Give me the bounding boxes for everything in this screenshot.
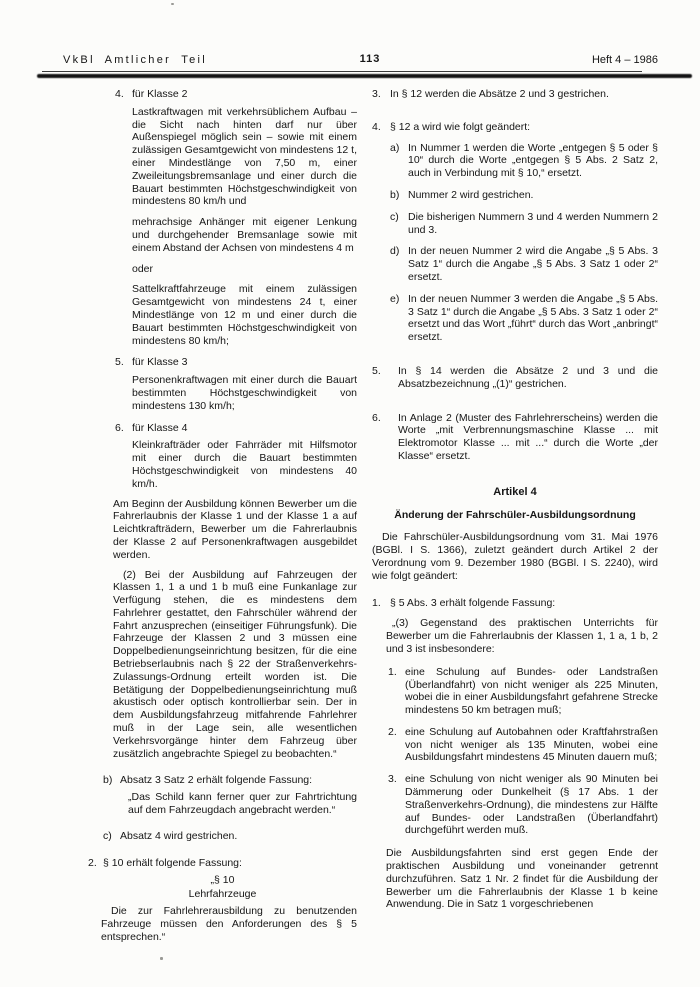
scan-speck <box>160 957 163 960</box>
list-item-letter: a) <box>390 142 408 180</box>
list-item-text: § 10 erhält folgende Fassung: <box>103 857 357 870</box>
list-item-text: eine Schulung auf Bundes- oder Landstraß… <box>405 666 658 717</box>
list-item-klasse3: 5. für Klasse 3 <box>115 356 357 369</box>
list-item-number: 1. <box>372 597 390 610</box>
sub-list-item-2: 2. eine Schulung auf Autobahnen oder Kra… <box>388 726 658 764</box>
list-item-number: 6. <box>115 422 132 435</box>
list-item-text: Die bisherigen Nummern 3 und 4 werden Nu… <box>408 211 658 237</box>
list-item-letter: d) <box>390 245 408 283</box>
paragraph: (2) Bei der Ausbildung auf Fahrzeugen de… <box>113 569 357 761</box>
paragraph: Personenkraftwagen mit einer durch die B… <box>132 374 357 412</box>
list-item-text: In Anlage 2 (Muster des Fahrlehrerschein… <box>398 412 658 463</box>
list-item-letter: b) <box>390 189 408 202</box>
list-item-text: § 5 Abs. 3 erhält folgende Fassung: <box>390 597 658 610</box>
list-item-d: d) In der neuen Nummer 2 wird die Angabe… <box>390 245 658 283</box>
list-item-text: Nummer 2 wird gestrichen. <box>408 189 658 202</box>
list-item-text: für Klasse 3 <box>132 356 357 369</box>
quote-paragraph: „(3) Gegenstand des praktischen Unterric… <box>386 617 658 655</box>
paragraph: Kleinkrafträder oder Fahrräder mit Hilfs… <box>132 439 357 490</box>
list-item-text: eine Schulung auf Autobahnen oder Kraftf… <box>405 726 658 764</box>
paragraph: oder <box>132 263 357 276</box>
document-page: VkBl Amtlicher Teil 113 Heft 4 – 1986 4.… <box>0 0 700 987</box>
sub-list-item-1: 1. eine Schulung auf Bundes- oder Landst… <box>388 666 658 717</box>
list-item-number: 4. <box>372 121 390 134</box>
list-item-klasse2: 4. für Klasse 2 <box>115 88 357 101</box>
left-column: 4. für Klasse 2 Lastkraftwagen mit verke… <box>88 88 357 943</box>
list-item-5: 5. In § 14 werden die Absätze 2 und 3 un… <box>372 365 658 391</box>
list-item-text: Absatz 3 Satz 2 erhält folgende Fassung: <box>120 774 357 787</box>
list-item-a: a) In Nummer 1 werden die Worte „entgege… <box>390 142 658 180</box>
list-item-text: § 12 a wird wie folgt geändert: <box>390 121 658 134</box>
header-rule-thin <box>42 71 642 72</box>
list-item-1: 1. § 5 Abs. 3 erhält folgende Fassung: <box>372 597 658 610</box>
right-column: 3. In § 12 werden die Absätze 2 und 3 ge… <box>372 88 658 911</box>
header-rule-thick <box>37 74 692 78</box>
list-item-number: 6. <box>372 412 398 463</box>
list-item-text: In Nummer 1 werden die Worte „entgegen §… <box>408 142 658 180</box>
paragraph: mehrachsige Anhänger mit eigener Lenkung… <box>132 216 357 254</box>
paragraph: Die zur Fahrlehrerausbildung zu benutzen… <box>101 905 357 943</box>
list-item-e: e) In der neuen Nummer 3 werden die Anga… <box>390 293 658 344</box>
paragraph: Lastkraftwagen mit verkehrsüblichem Aufb… <box>132 106 357 208</box>
list-item-klasse4: 6. für Klasse 4 <box>115 422 357 435</box>
list-item-text: In § 14 werden die Absätze 2 und 3 und d… <box>398 365 658 391</box>
list-item-text: für Klasse 2 <box>132 88 357 101</box>
section-symbol-heading: „§ 10 <box>88 874 357 887</box>
list-item-letter: b) <box>103 774 120 787</box>
paragraph: Sattelkraftfahrzeuge mit einem zulässige… <box>132 283 357 347</box>
list-item-c: c) Absatz 4 wird gestrichen. <box>103 830 357 843</box>
article-heading: Artikel 4 <box>372 486 658 499</box>
sub-list-item-3: 3. eine Schulung von nicht weniger als 9… <box>388 773 658 837</box>
paragraph: Am Beginn der Ausbildung können Bewerber… <box>113 498 357 562</box>
list-item-text: eine Schulung von nicht weniger als 90 M… <box>405 773 658 837</box>
header-issue-label: Heft 4 – 1986 <box>592 54 658 66</box>
page-header: VkBl Amtlicher Teil 113 Heft 4 – 1986 <box>40 54 688 70</box>
list-item-text: Absatz 4 wird gestrichen. <box>120 830 357 843</box>
list-item-number: 3. <box>388 773 405 837</box>
list-item-text: In der neuen Nummer 3 werden die Angabe … <box>408 293 658 344</box>
list-item-number: 2. <box>88 857 103 870</box>
paragraph: Die Fahrschüler-Ausbildungsordnung vom 3… <box>372 531 658 582</box>
quote-paragraph: „Das Schild kann ferner quer zur Fahrtri… <box>128 791 357 817</box>
list-item-3: 3. In § 12 werden die Absätze 2 und 3 ge… <box>372 88 658 101</box>
list-item-para10: 2. § 10 erhält folgende Fassung: <box>88 857 357 870</box>
list-item-number: 5. <box>115 356 132 369</box>
list-item-b: b) Nummer 2 wird gestrichen. <box>390 189 658 202</box>
paragraph: Die Ausbildungsfahrten sind erst gegen E… <box>386 847 658 911</box>
list-item-number: 2. <box>388 726 405 764</box>
list-item-c: c) Die bisherigen Nummern 3 und 4 werden… <box>390 211 658 237</box>
list-item-b: b) Absatz 3 Satz 2 erhält folgende Fassu… <box>103 774 357 787</box>
list-item-letter: e) <box>390 293 408 344</box>
list-item-number: 5. <box>372 365 398 391</box>
list-item-4: 4. § 12 a wird wie folgt geändert: <box>372 121 658 134</box>
list-item-text: In der neuen Nummer 2 wird die Angabe „§… <box>408 245 658 283</box>
page-number: 113 <box>340 53 400 65</box>
section-title: Lehrfahrzeuge <box>88 888 357 901</box>
list-item-text: für Klasse 4 <box>132 422 357 435</box>
list-item-6: 6. In Anlage 2 (Muster des Fahrlehrersch… <box>372 412 658 463</box>
header-journal-title: VkBl Amtlicher Teil <box>63 54 207 66</box>
list-item-text: In § 12 werden die Absätze 2 und 3 gestr… <box>390 88 658 101</box>
list-item-number: 4. <box>115 88 132 101</box>
list-item-letter: c) <box>103 830 120 843</box>
scan-speck <box>171 3 174 5</box>
article-subheading: Änderung der Fahrschüler-Ausbildungsordn… <box>372 509 658 522</box>
list-item-number: 3. <box>372 88 390 101</box>
list-item-number: 1. <box>388 666 405 717</box>
list-item-letter: c) <box>390 211 408 237</box>
